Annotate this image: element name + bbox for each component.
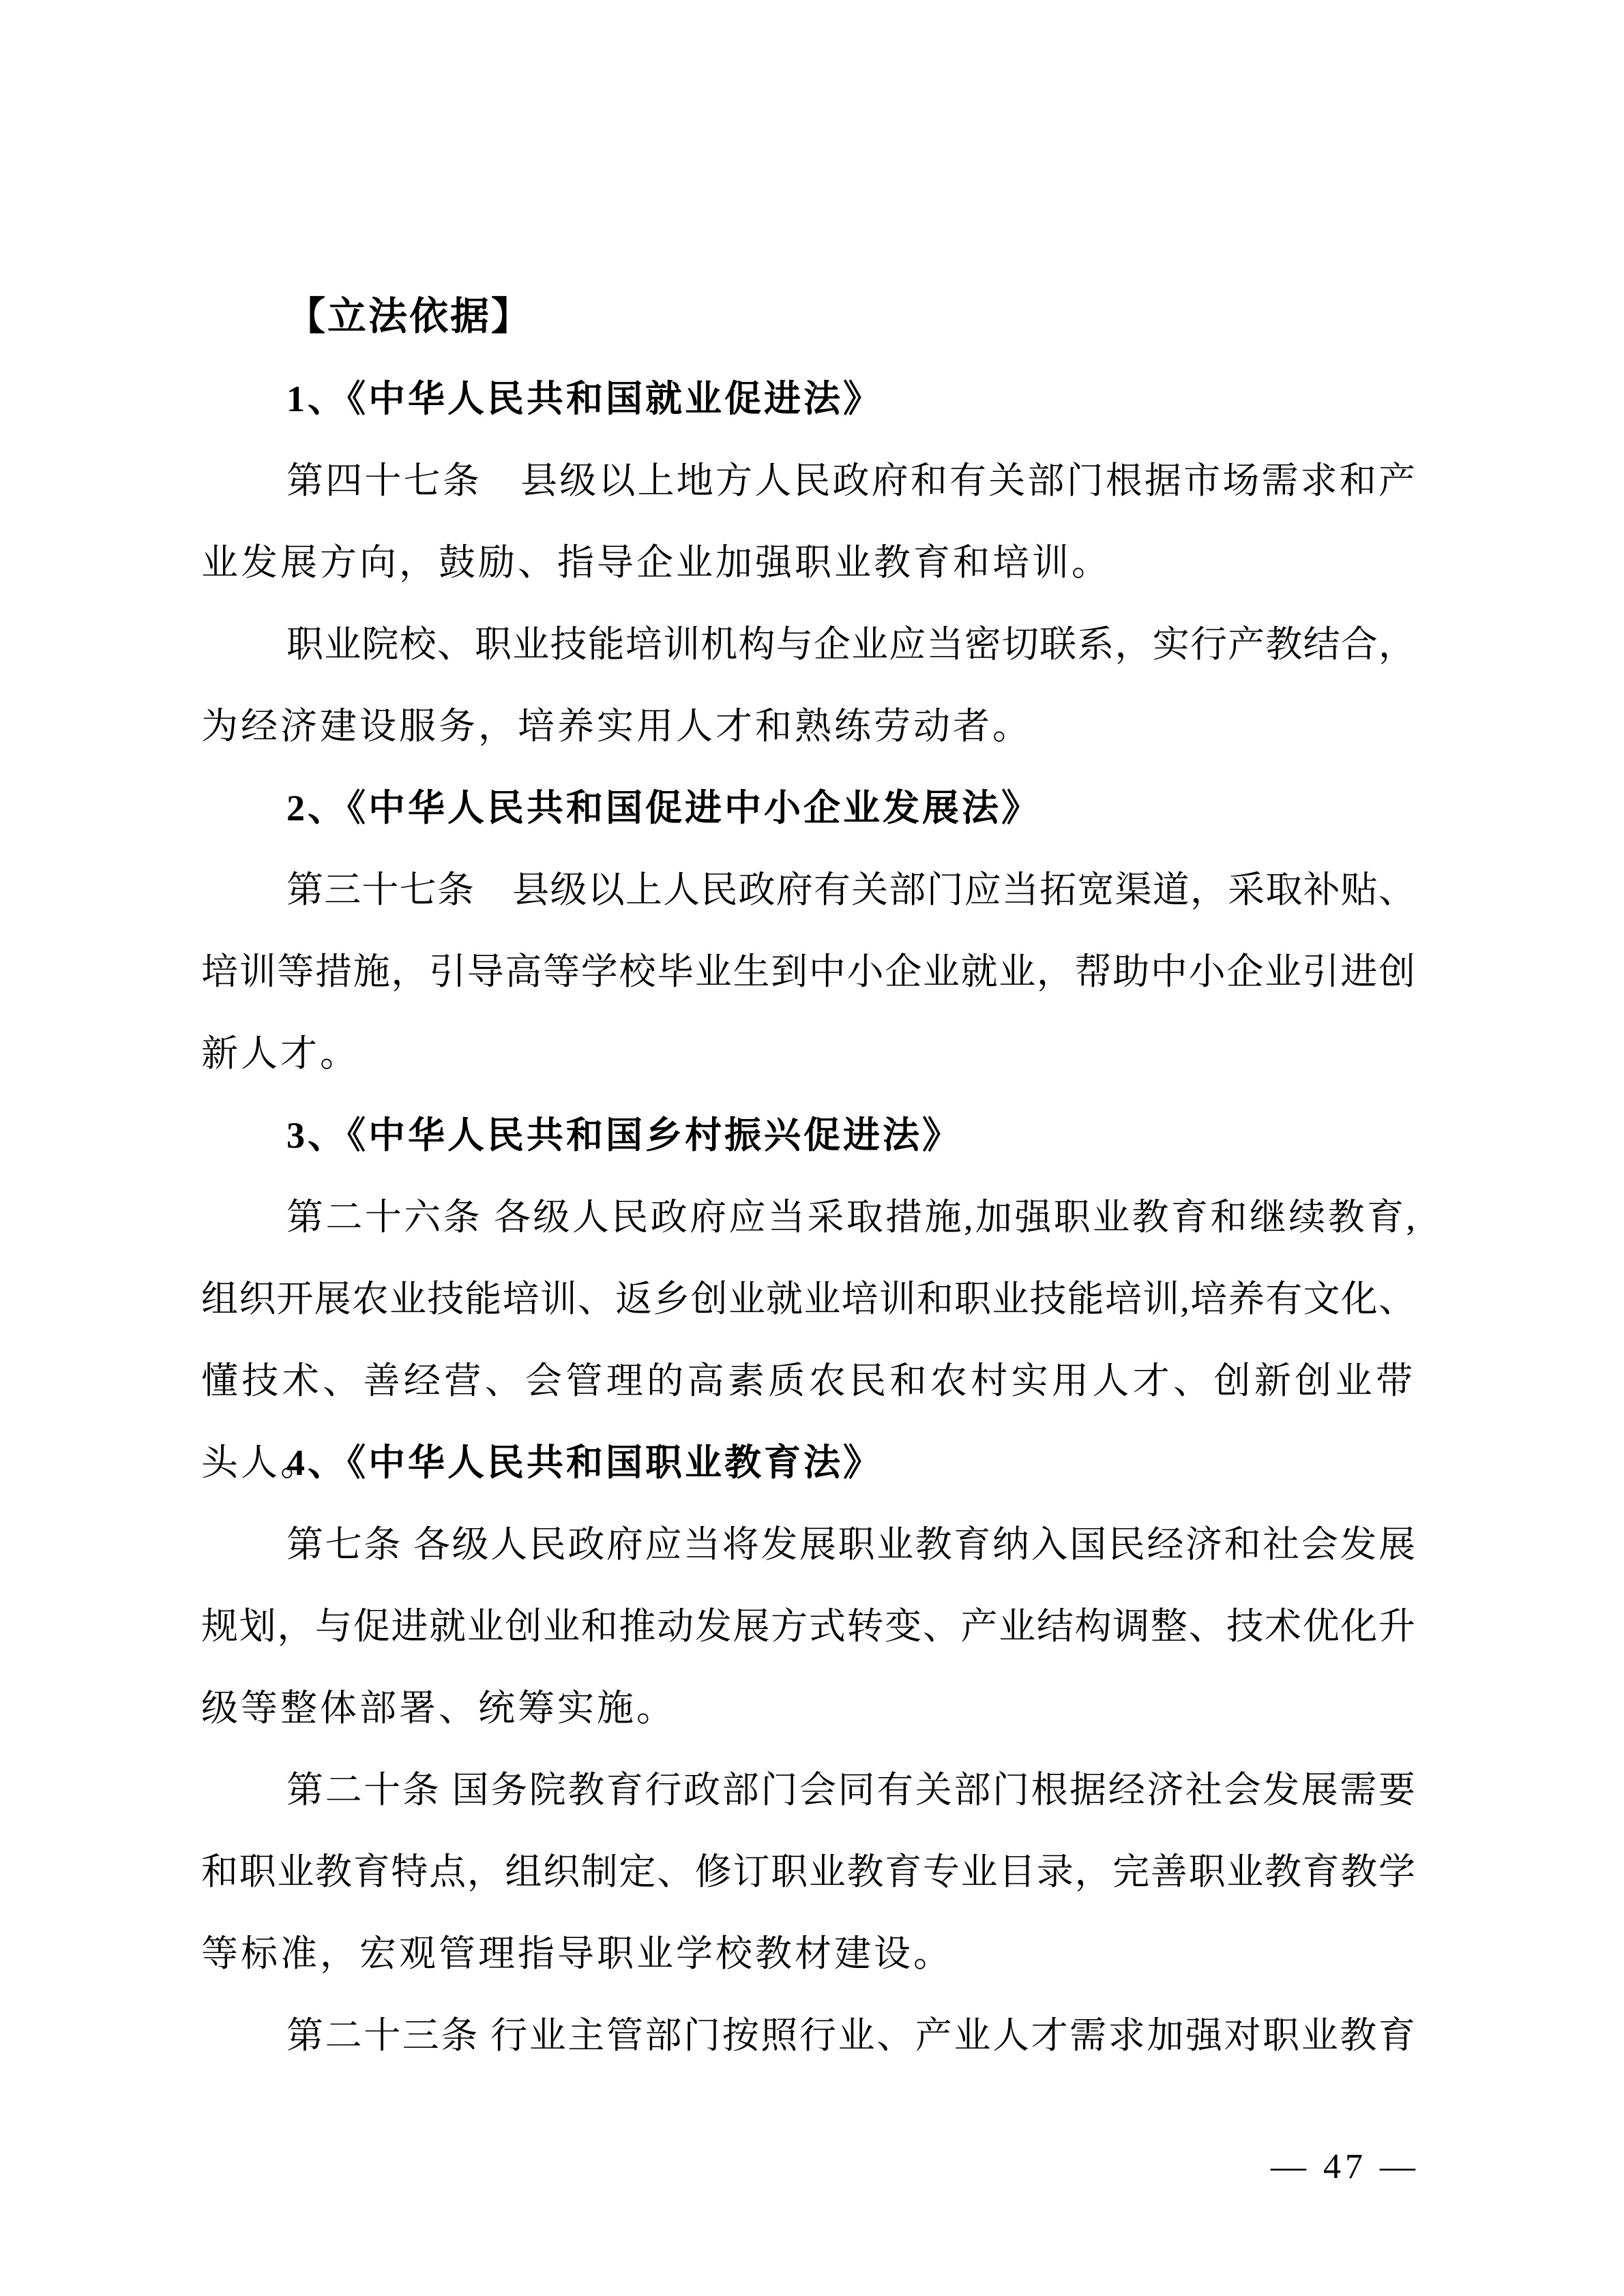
body-line: 和职业教育特点，组织制定、修订职业教育专业目录，完善职业教育教学 (201, 1831, 1415, 1913)
body-line: 职业院校、职业技能培训机构与企业应当密切联系，实行产教结合， (201, 603, 1415, 685)
body-line: 第二十三条 行业主管部门按照行业、产业人才需求加强对职业教育 (201, 1995, 1415, 2076)
body-line: 业发展方向，鼓励、指导企业加强职业教育和培训。 (201, 522, 1415, 603)
body-line: 为经济建设服务，培养实用人才和熟练劳动者。 (201, 685, 1415, 767)
body-line: 规划，与促进就业创业和推动发展方式转变、产业结构调整、技术优化升 (201, 1585, 1415, 1667)
document-page: 【立法依据】 1、《中华人民共和国就业促进法》 第四十七条 县级以上地方人民政府… (0, 0, 1624, 2296)
law-heading-4: 4、《中华人民共和国职业教育法》 (201, 1422, 1415, 1504)
body-line: 培训等措施，引导高等学校毕业生到中小企业就业，帮助中小企业引进创 (201, 931, 1415, 1013)
law-heading-1: 1、《中华人民共和国就业促进法》 (201, 358, 1415, 440)
body-line: 第七条 各级人民政府应当将发展职业教育纳入国民经济和社会发展 (201, 1504, 1415, 1585)
body-line: 等标准，宏观管理指导职业学校教材建设。 (201, 1913, 1415, 1995)
law-heading-3: 3、《中华人民共和国乡村振兴促进法》 (201, 1094, 1415, 1176)
body-line: 懂技术、善经营、会管理的高素质农民和农村实用人才、创新创业带头人。 (201, 1340, 1415, 1422)
body-line: 组织开展农业技能培训、返乡创业就业培训和职业技能培训,培养有文化、 (201, 1258, 1415, 1340)
body-line: 第二十条 国务院教育行政部门会同有关部门根据经济社会发展需要 (201, 1749, 1415, 1831)
body-line: 级等整体部署、统筹实施。 (201, 1667, 1415, 1749)
page-number: — 47 — (1271, 2140, 1419, 2194)
document-text-block: 【立法依据】 1、《中华人民共和国就业促进法》 第四十七条 县级以上地方人民政府… (201, 276, 1415, 2076)
body-line: 第三十七条 县级以上人民政府有关部门应当拓宽渠道，采取补贴、 (201, 849, 1415, 931)
body-line: 第二十六条 各级人民政府应当采取措施,加强职业教育和继续教育, (201, 1176, 1415, 1258)
body-line: 第四十七条 县级以上地方人民政府和有关部门根据市场需求和产 (201, 440, 1415, 522)
section-title: 【立法依据】 (201, 276, 1415, 358)
law-heading-2: 2、《中华人民共和国促进中小企业发展法》 (201, 767, 1415, 849)
body-line: 新人才。 (201, 1013, 1415, 1094)
